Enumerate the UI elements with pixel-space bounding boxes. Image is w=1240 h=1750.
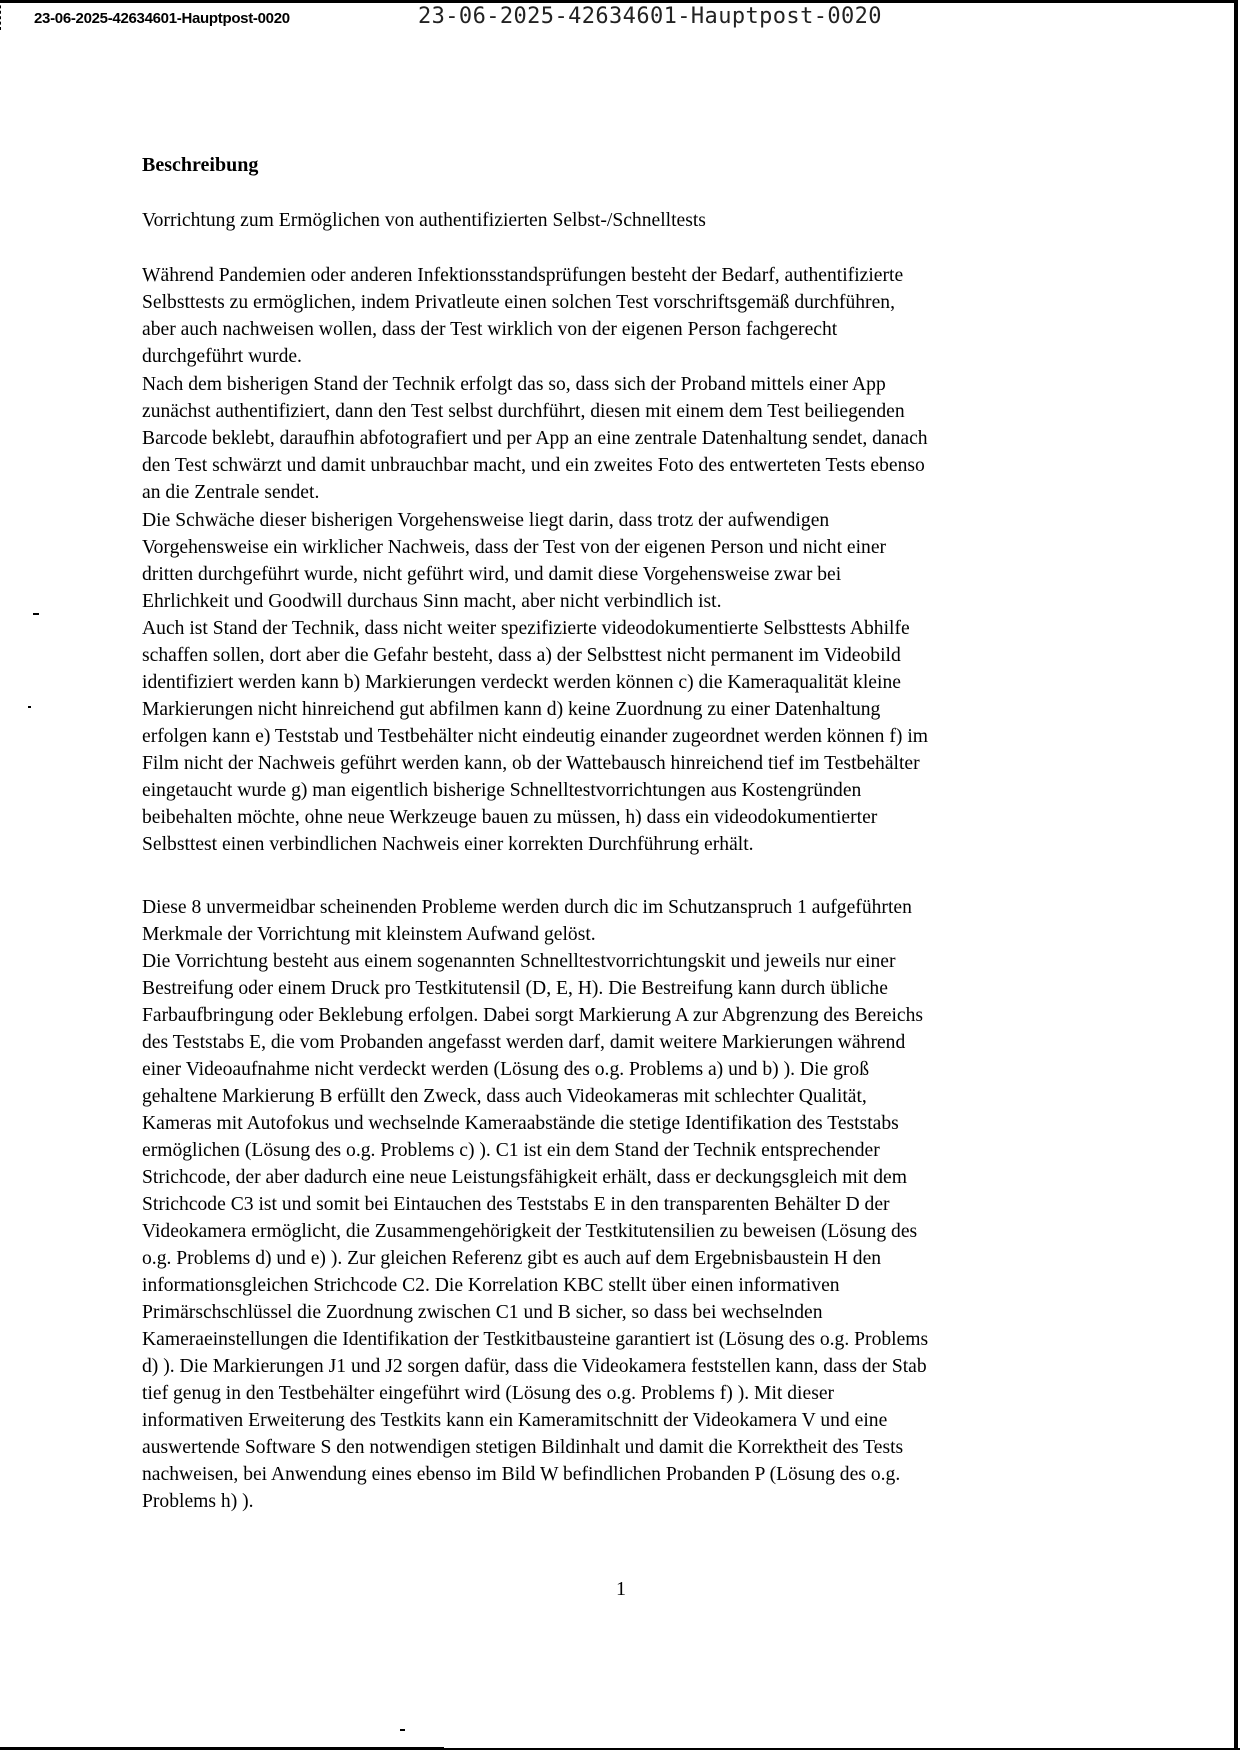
text-line: Strichcode C3 ist und somit bei Eintauch…: [142, 1194, 890, 1216]
text-line: beibehalten möchte, ohne neue Werkzeuge …: [142, 807, 877, 829]
text-line: eingetaucht wurde g) man eigentlich bish…: [142, 780, 861, 802]
text-line: Kameras mit Autofokus und wechselnde Kam…: [142, 1113, 899, 1135]
text-line: Problems h) ).: [142, 1491, 254, 1513]
text-line: Videokamera ermöglicht, die Zusammengehö…: [142, 1221, 917, 1243]
page-number: 1: [616, 1578, 626, 1601]
document-title: Vorrichtung zum Ermöglichen von authenti…: [142, 210, 706, 232]
text-line: den Test schwärzt und damit unbrauchbar …: [142, 455, 925, 477]
text-line: informationsgleichen Strichcode C2. Die …: [142, 1275, 840, 1297]
text-line: auswertende Software S den notwendigen s…: [142, 1437, 903, 1459]
text-line: Bestreifung oder einem Druck pro Testkit…: [142, 978, 888, 1000]
section-heading: Beschreibung: [142, 154, 258, 177]
text-line: Farbaufbringung oder Beklebung erfolgen.…: [142, 1005, 923, 1027]
text-line: Markierungen nicht hinreichend gut abfil…: [142, 699, 880, 721]
text-line: Vorgehensweise ein wirklicher Nachweis, …: [142, 537, 886, 559]
text-line: Selbsttest einen verbindlichen Nachweis …: [142, 834, 754, 856]
text-line: zunächst authentifiziert, dann den Test …: [142, 401, 905, 423]
text-line: Film nicht der Nachweis geführt werden k…: [142, 753, 920, 775]
text-line: Kameraeinstellungen die Identifikation d…: [142, 1329, 928, 1351]
text-line: einer Videoaufnahme nicht verdeckt werde…: [142, 1059, 869, 1081]
fax-header-id: 23-06-2025-42634601-Hauptpost-0020: [34, 10, 290, 27]
text-line: tief genug in den Testbehälter eingeführ…: [142, 1383, 834, 1405]
text-line: Selbsttests zu ermöglichen, indem Privat…: [142, 292, 895, 314]
fax-header-stamp: 23-06-2025-42634601-Hauptpost-0020: [418, 4, 882, 29]
text-line: Primärschschlüssel die Zuordnung zwische…: [142, 1302, 823, 1324]
scan-border-top: [0, 0, 1236, 3]
text-line: Diese 8 unvermeidbar scheinenden Problem…: [142, 897, 912, 919]
text-line: Auch ist Stand der Technik, dass nicht w…: [142, 618, 910, 640]
scan-border-right: [1234, 0, 1238, 1750]
text-line: erfolgen kann e) Teststab und Testbehält…: [142, 726, 928, 748]
text-line: aber auch nachweisen wollen, dass der Te…: [142, 319, 837, 341]
scan-artifact: [28, 706, 31, 708]
scan-border-left: [0, 0, 2, 30]
text-line: schaffen sollen, dort aber die Gefahr be…: [142, 645, 901, 667]
text-line: dritten durchgeführt wurde, nicht geführ…: [142, 564, 841, 586]
text-line: Während Pandemien oder anderen Infektion…: [142, 265, 903, 287]
text-line: Die Schwäche dieser bisherigen Vorgehens…: [142, 510, 829, 532]
text-line: durchgeführt wurde.: [142, 346, 302, 368]
text-line: nachweisen, bei Anwendung eines ebenso i…: [142, 1464, 900, 1486]
text-line: Merkmale der Vorrichtung mit kleinstem A…: [142, 924, 596, 946]
text-line: gehaltene Markierung B erfüllt den Zweck…: [142, 1086, 867, 1108]
text-line: d) ). Die Markierungen J1 und J2 sorgen …: [142, 1356, 927, 1378]
scan-artifact: [400, 1729, 405, 1731]
text-line: Die Vorrichtung besteht aus einem sogena…: [142, 951, 895, 973]
text-line: Ehrlichkeit und Goodwill durchaus Sinn m…: [142, 591, 722, 613]
text-line: o.g. Problems d) und e) ). Zur gleichen …: [142, 1248, 881, 1270]
scan-artifact: [33, 613, 39, 615]
text-line: Nach dem bisherigen Stand der Technik er…: [142, 374, 886, 396]
text-line: an die Zentrale sendet.: [142, 482, 319, 504]
document-page: 23-06-2025-42634601-Hauptpost-0020 23-06…: [0, 0, 1240, 1750]
text-line: Barcode beklebt, daraufhin abfotografier…: [142, 428, 928, 450]
text-line: informativen Erweiterung des Testkits ka…: [142, 1410, 887, 1432]
text-line: des Teststabs E, die vom Probanden angef…: [142, 1032, 905, 1054]
text-line: Strichcode, der aber dadurch eine neue L…: [142, 1167, 907, 1189]
text-line: ermöglichen (Lösung des o.g. Problems c)…: [142, 1140, 880, 1162]
text-line: identifiziert werden kann b) Markierunge…: [142, 672, 901, 694]
